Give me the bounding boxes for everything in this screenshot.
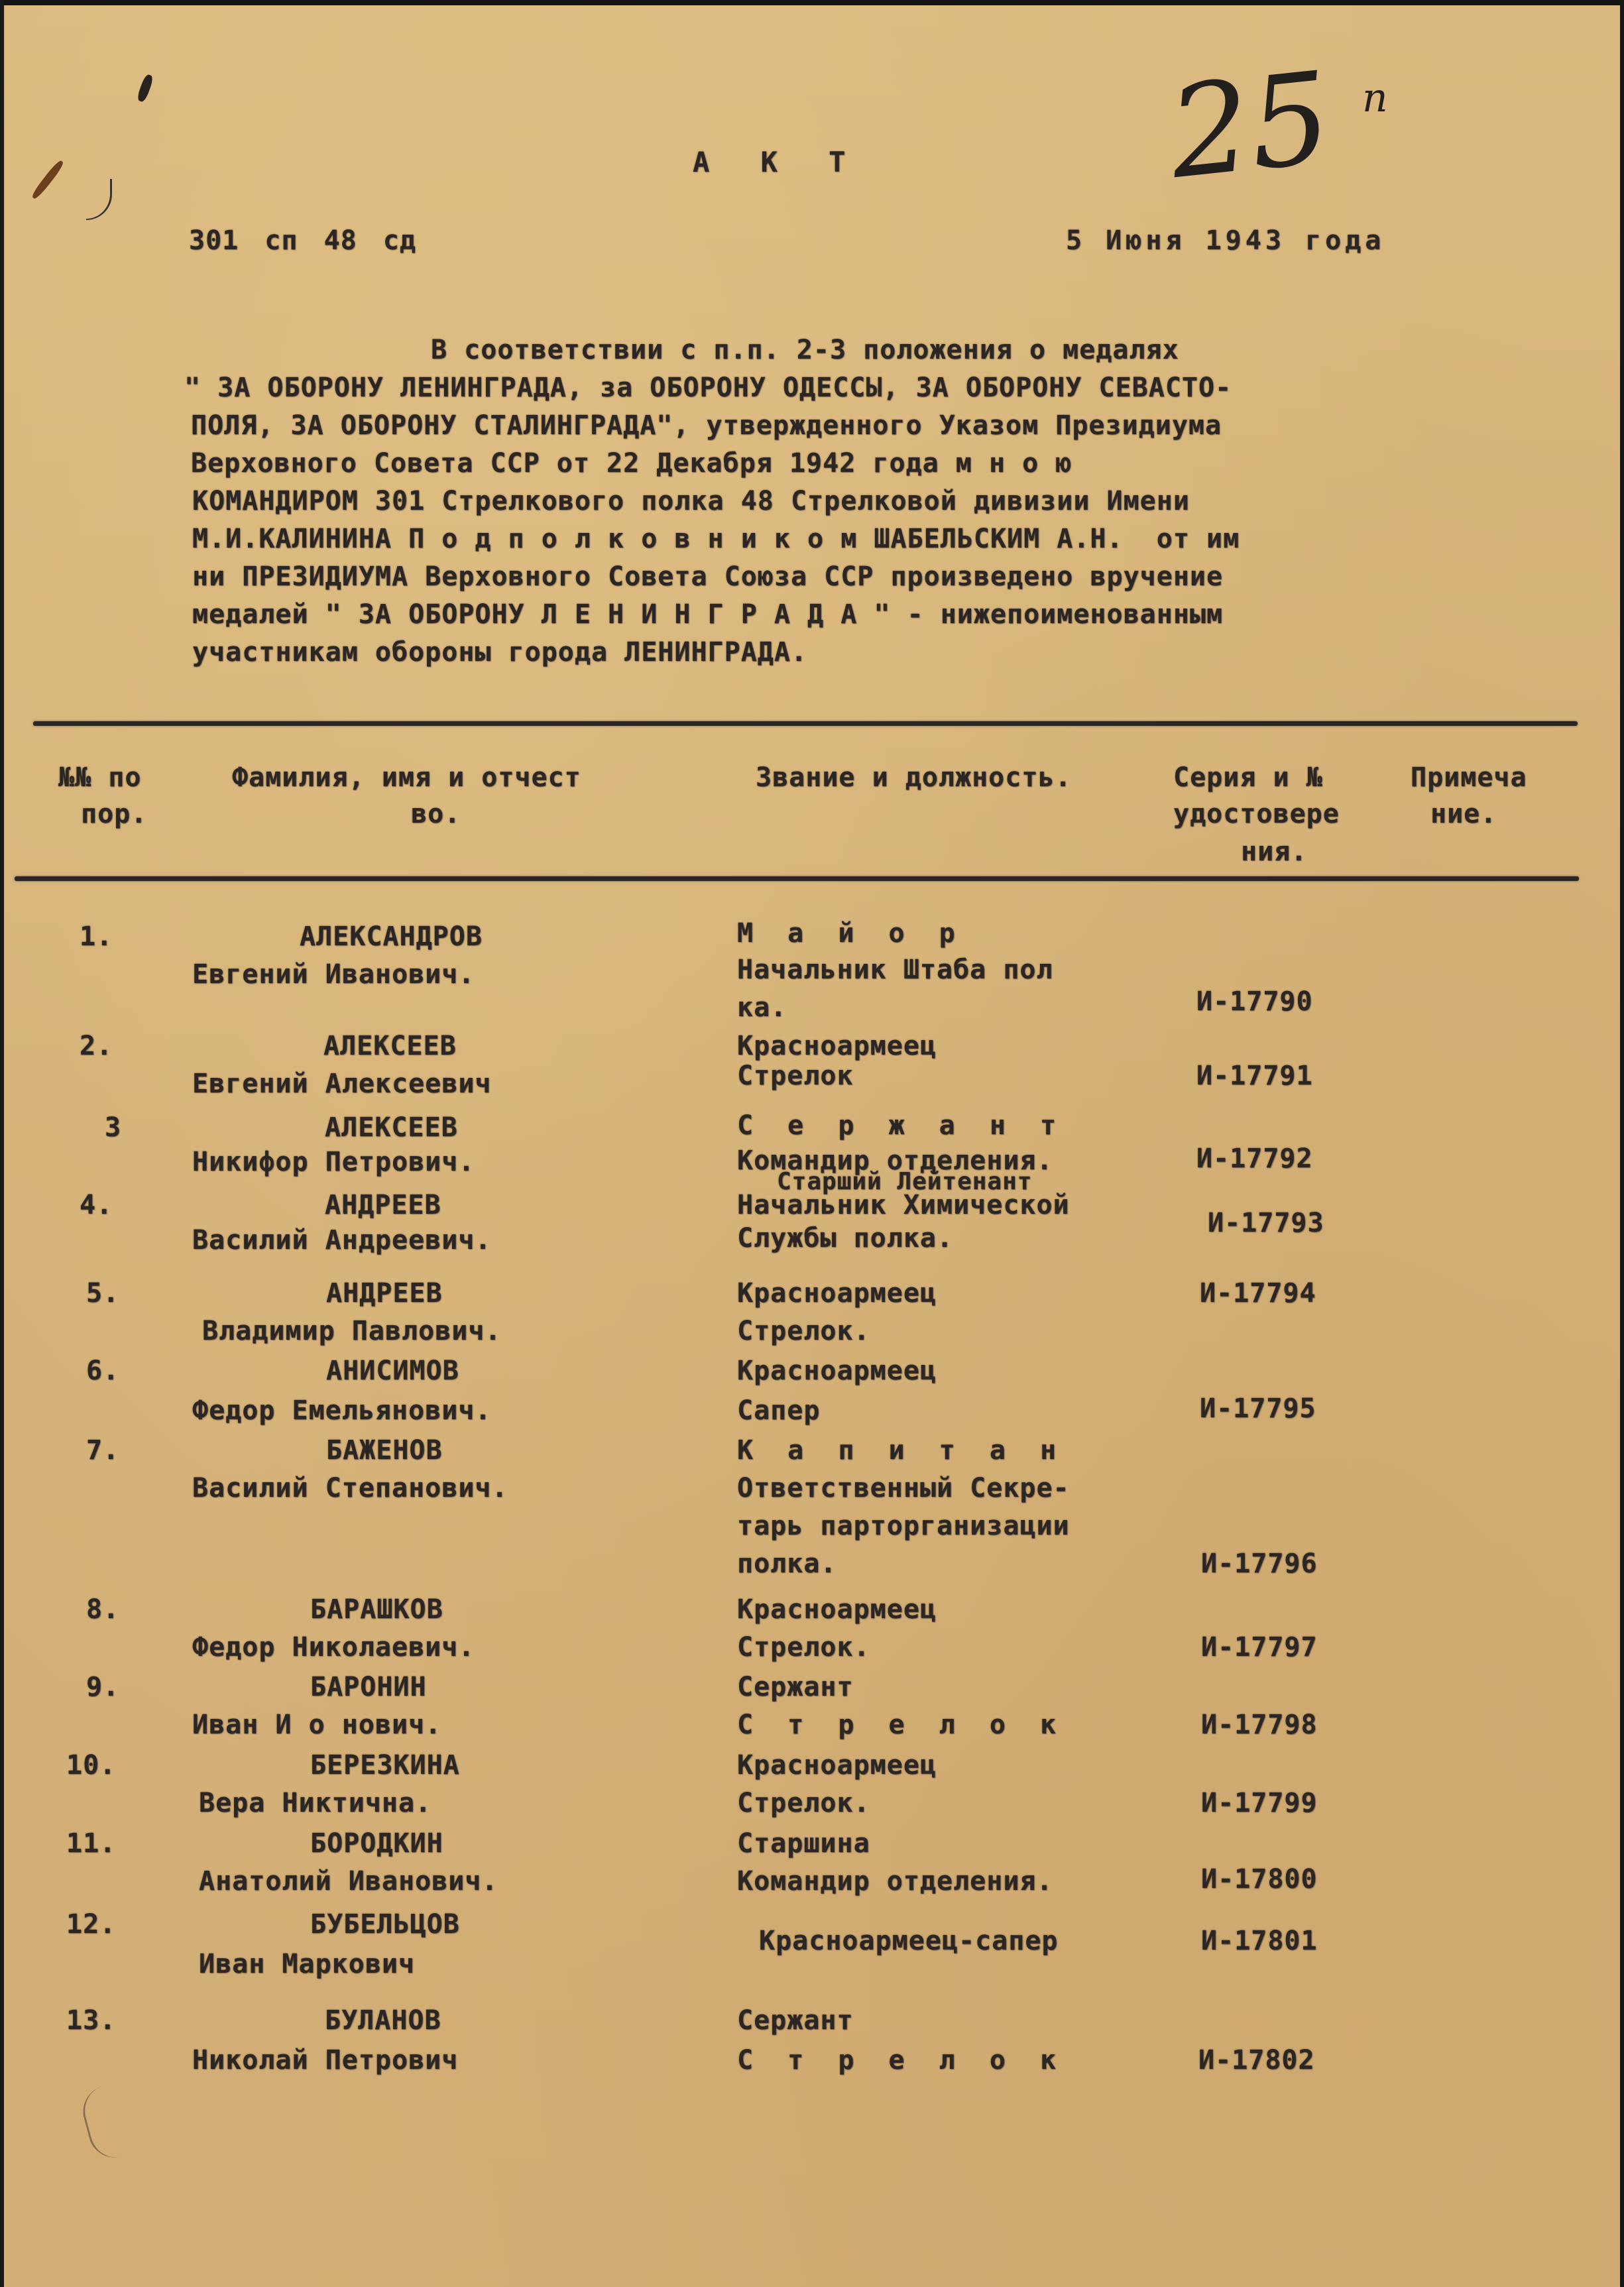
scan-border-right — [1620, 0, 1624, 2287]
row-serial: И-17795 — [1200, 1393, 1316, 1424]
row-rank: Сержант — [737, 1672, 854, 1702]
paragraph-line: Верховного Совета ССР от 22 Декабря 1942… — [191, 448, 1072, 479]
row-given-name: Никифор Петрович. — [192, 1147, 475, 1177]
row-rank: М а й о р — [737, 918, 964, 949]
row-position: ка. — [737, 992, 787, 1023]
header-serial: ния. — [1241, 837, 1307, 867]
row-given-name: Евгений Алексеевич — [192, 1069, 491, 1099]
row-position: С т р е л о к — [737, 2045, 1065, 2076]
row-rank: С е р ж а н т — [737, 1110, 1065, 1141]
row-number: 10. — [66, 1750, 116, 1781]
row-given-name: Василий Степанович. — [192, 1473, 508, 1503]
row-number: 13. — [66, 2005, 116, 2036]
paragraph-line: " ЗА ОБОРОНУ ЛЕНИНГРАДА, за ОБОРОНУ ОДЕС… — [184, 373, 1232, 403]
row-serial: И-17800 — [1201, 1864, 1318, 1895]
table-header-bottom-rule — [15, 876, 1579, 881]
header-serial: Серия и № — [1173, 762, 1323, 793]
row-surname: АНДРЕЕВ — [326, 1278, 443, 1309]
header-number: №№ по — [58, 762, 141, 793]
row-number: 9. — [86, 1672, 119, 1702]
row-rank: Красноармеец — [737, 1750, 937, 1781]
row-position: Командир отделения. — [737, 1866, 1053, 1897]
row-given-name: Владимир Павлович. — [202, 1316, 501, 1346]
row-position: Ответственный Секре- — [737, 1473, 1070, 1503]
row-number: 2. — [80, 1031, 113, 1061]
paragraph-line: участникам обороны города ЛЕНИНГРАДА. — [192, 637, 807, 668]
row-rank: Старшина — [737, 1828, 870, 1859]
row-serial: И-17793 — [1208, 1208, 1324, 1238]
row-number: 6. — [86, 1356, 119, 1386]
row-serial: И-17797 — [1201, 1632, 1318, 1663]
row-serial: И-17796 — [1201, 1549, 1318, 1579]
table-top-rule — [33, 721, 1578, 726]
row-surname: БУБЕЛЬЦОВ — [310, 1909, 460, 1940]
row-given-name: Федор Емельянович. — [192, 1395, 491, 1426]
row-number: 7. — [86, 1435, 119, 1466]
row-given-name: Федор Николаевич. — [192, 1632, 475, 1663]
row-rank: Красноармеец — [737, 1594, 937, 1625]
row-rank: Красноармеец — [737, 1278, 937, 1309]
paragraph-line: медалей " ЗА ОБОРОНУ Л Е Н И Н Г Р А Д А… — [192, 599, 1223, 630]
row-position: Начальник Штаба пол — [737, 955, 1053, 985]
row-serial: И-17790 — [1196, 986, 1313, 1017]
row-surname: АНДРЕЕВ — [325, 1190, 441, 1220]
paragraph-line: ПОЛЯ, ЗА ОБОРОНУ СТАЛИНГРАДА", утвержден… — [191, 410, 1222, 441]
row-surname: АЛЕКСЕЕВ — [323, 1031, 457, 1061]
row-serial: И-17794 — [1200, 1278, 1316, 1309]
row-surname: БАЖЕНОВ — [326, 1435, 443, 1466]
scan-border-left — [0, 0, 4, 2287]
row-number: 4. — [80, 1190, 113, 1220]
row-serial: И-17791 — [1196, 1061, 1313, 1091]
row-rank: Красноармеец — [737, 1356, 937, 1386]
row-given-name: Вера Никтична. — [199, 1788, 432, 1818]
row-position: С т р е л о к — [737, 1710, 1065, 1740]
row-given-name: Иван Маркович — [199, 1949, 415, 1979]
header-name: во. — [411, 799, 461, 829]
row-rank: Красноармеец — [737, 1031, 937, 1061]
row-number: 8. — [86, 1594, 119, 1625]
paragraph-line: ни ПРЕЗИДИУМА Верховного Совета Союза СС… — [192, 561, 1223, 592]
row-surname: БУЛАНОВ — [325, 2005, 441, 2036]
row-surname: АЛЕКСЕЕВ — [325, 1112, 458, 1143]
row-number: 5. — [86, 1278, 119, 1309]
row-serial: И-17792 — [1196, 1143, 1313, 1174]
header-serial: удостовере — [1173, 799, 1340, 829]
paragraph-line: КОМАНДИРОМ 301 Стрелкового полка 48 Стре… — [192, 486, 1190, 516]
row-surname: БОРОДКИН — [310, 1828, 443, 1859]
scan-border-top — [0, 0, 1624, 5]
row-number: 12. — [66, 1909, 116, 1940]
row-given-name: Василий Андреевич. — [192, 1225, 491, 1256]
row-position: Стрелок. — [737, 1788, 870, 1818]
row-position: Стрелок. — [737, 1632, 870, 1663]
header-name: Фамилия, имя и отчест — [232, 762, 581, 793]
row-given-name: Анатолий Иванович. — [199, 1866, 498, 1897]
row-position: Стрелок. — [737, 1316, 870, 1346]
row-surname: АЛЕКСАНДРОВ — [300, 921, 483, 952]
row-given-name: Иван И о нович. — [192, 1710, 441, 1740]
header-rank: Звание и должность. — [756, 762, 1072, 793]
unit-designation: 301 сп 48 сд — [189, 225, 416, 256]
row-number: 3 — [105, 1112, 121, 1143]
row-surname: БЕРЕЗКИНА — [310, 1750, 460, 1781]
row-rank: Красноармеец-сапер — [759, 1926, 1058, 1956]
header-number: пор. — [81, 799, 147, 829]
paragraph-line: М.И.КАЛИНИНА П о д п о л к о в н и к о м… — [192, 524, 1240, 554]
paragraph-line: В соответствии с п.п. 2-3 положения о ме… — [431, 335, 1179, 365]
row-position: Начальник Химической — [737, 1190, 1070, 1220]
row-position: Службы полка. — [737, 1223, 953, 1254]
row-number: 11. — [66, 1828, 116, 1859]
document-date: 5 Июня 1943 года — [1066, 225, 1385, 256]
row-position: полка. — [737, 1549, 837, 1579]
row-position: Сапер — [737, 1395, 820, 1426]
row-surname: АНИСИМОВ — [326, 1356, 459, 1386]
row-given-name: Евгений Иванович. — [192, 959, 475, 990]
header-note: Примеча — [1411, 762, 1527, 793]
row-surname: БАРОНИН — [310, 1672, 427, 1702]
row-rank: Сержант — [737, 2005, 854, 2036]
row-rank: К а п и т а н — [737, 1435, 1065, 1466]
row-surname: БАРАШКОВ — [310, 1594, 443, 1625]
row-number: 1. — [80, 921, 113, 952]
row-serial: И-17802 — [1198, 2045, 1315, 2076]
document-title: А К Т — [693, 146, 862, 178]
handwritten-page-number: 25 — [1164, 55, 1336, 197]
row-position: тарь парторганизации — [737, 1511, 1070, 1541]
row-position: Стрелок — [737, 1061, 854, 1091]
row-serial: И-17798 — [1201, 1710, 1318, 1740]
row-serial: И-17799 — [1201, 1788, 1318, 1818]
handwritten-page-mark: п — [1362, 78, 1388, 118]
row-serial: И-17801 — [1201, 1926, 1318, 1956]
row-given-name: Николай Петрович — [192, 2045, 458, 2076]
header-note: ние. — [1430, 799, 1497, 829]
